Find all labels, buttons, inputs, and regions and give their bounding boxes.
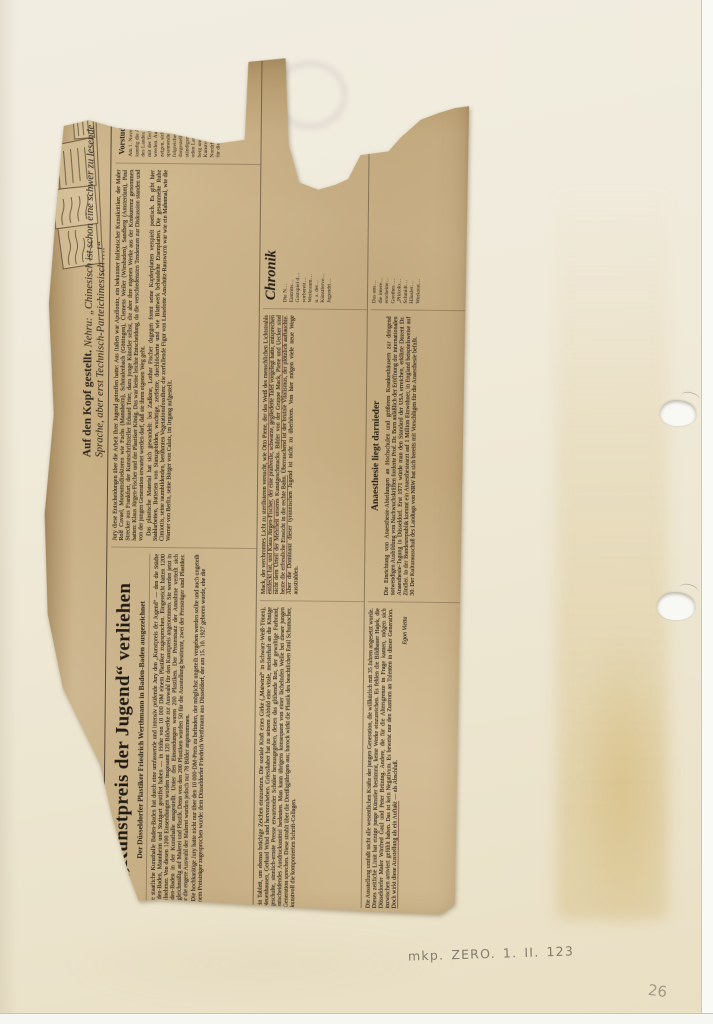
text-fragment-line: Werkstat… bbox=[415, 58, 424, 304]
paragraph: Jury diese Entscheidungen über die Arbei… bbox=[111, 170, 147, 541]
anaesthesie-headline: Anaesthesie liegt darnieder bbox=[370, 316, 384, 595]
paragraph: Die hochkarätige Jury hatte nicht nur üb… bbox=[190, 554, 207, 906]
cartoon-caption-title: Auf den Kopf gestellt. bbox=[81, 350, 94, 457]
article-body-col1: Die staatliche Kunsthalle Baden-Baden ha… bbox=[150, 554, 207, 907]
text-fragment-line: Jugendri… bbox=[326, 57, 335, 303]
article-subhead: Der Düsseldorfer Plastiker Friedrich Wer… bbox=[135, 554, 151, 906]
torn-column-fragments: Am 1. Nove…kundig die Au…des Landes N…mi… bbox=[127, 55, 222, 158]
paragraph: Das plastische Material hat sich gewande… bbox=[145, 170, 175, 541]
cartoon-caption: Auf den Kopf gestellt. Nehru: „Chinesisc… bbox=[82, 101, 109, 457]
review-column-1: ein Tablett, um ebenso brüchige Zeichen … bbox=[257, 607, 364, 908]
left-article-fragment: tierten Bemerkungen,ausgehender unterdie… bbox=[41, 591, 75, 905]
text-segment: — als Abschluß. bbox=[391, 760, 398, 801]
paragraph-with-pencil-underline: Die Ausstellung umfaßt nicht alle wesent… bbox=[365, 608, 401, 908]
review-column-2: Mack, der verchromtes Licht zu sterilisi… bbox=[260, 315, 367, 602]
chronik-section-heading: Chronik bbox=[263, 56, 283, 300]
paragraph-with-pencil-underlines: Mack, der verchromtes Licht zu sterilisi… bbox=[260, 315, 302, 594]
newspaper-clipping: tierten Bemerkungen,ausgehender unterdie… bbox=[40, 54, 469, 922]
text-fragment-line: Nordrhein-We… bbox=[209, 56, 216, 158]
text-fragment-line: für die … bbox=[215, 56, 222, 158]
scanner-background-bottom bbox=[0, 1013, 713, 1024]
punch-hole-bottom bbox=[657, 592, 695, 620]
clipping-top-strip: tierten Bemerkungen,ausgehender unterdie… bbox=[41, 54, 112, 906]
punch-hole-top bbox=[660, 400, 696, 426]
bottom-article-row: Die Ausstellung umfaßt nicht alle wesent… bbox=[361, 57, 470, 909]
scanner-background-right bbox=[701, 0, 713, 1024]
album-sheet: tierten Bemerkungen,ausgehender unterdie… bbox=[0, 0, 701, 1013]
paragraph: Die Einrichtung von Anaesthesie-Abteilun… bbox=[383, 316, 418, 595]
author-signature: Egon Vietta bbox=[399, 609, 409, 909]
article-column-2: Jury diese Entscheidungen über die Arbei… bbox=[111, 170, 260, 549]
vorstudien-heading-fragment: Vorstud bbox=[117, 55, 127, 155]
page-number: 26 bbox=[647, 981, 668, 1001]
discoloration-blob bbox=[572, 635, 672, 930]
soft-stain bbox=[70, 930, 450, 1000]
archive-scan: tierten Bemerkungen,ausgehender unterdie… bbox=[0, 0, 713, 1024]
review-end-column: Die Ausstellung umfaßt nicht alle wesent… bbox=[365, 608, 464, 909]
discoloration-stain bbox=[556, 185, 668, 920]
chronik-fragments: Die N…Eintritts…Gastspiel d…vorbereit…We… bbox=[282, 56, 335, 303]
archive-inscription: mkp. ZERO. 1. II. 123 bbox=[408, 943, 574, 963]
politics-article-fragment: gleich die Herstellung oder Verwendungat… bbox=[49, 58, 80, 62]
pencil-underlined-text: Doch wirkt diese Ausstellung als ein Auf… bbox=[390, 801, 399, 908]
article-headline: „Kunstpreis der Jugend“ verliehen bbox=[111, 554, 137, 906]
clipping-torn-shape: tierten Bemerkungen,ausgehender unterdie… bbox=[40, 54, 469, 922]
chronik-column: Chronik Die N…Eintritts…Gastspiel d…vorb… bbox=[263, 56, 370, 310]
article-column-3-torn: Vorstud Am 1. Nove…kundig die Au…des Lan… bbox=[115, 55, 261, 166]
article-column-1: „Kunstpreis der Jugend“ verliehen Der Dü… bbox=[108, 553, 257, 906]
anaesthesie-article: Anaesthesie liegt darnieder Die Einricht… bbox=[368, 316, 467, 603]
kunstpreis-article: „Kunstpreis der Jugend“ verliehen Der Dü… bbox=[103, 54, 262, 907]
paragraph: Die staatliche Kunsthalle Baden-Baden ha… bbox=[150, 554, 193, 906]
text-segment: Die Ausstellung umfaßt nicht alle wesent… bbox=[365, 608, 394, 908]
torn-bottom-fragments: Das uns…die intere…erscheine…Goethes …„P… bbox=[371, 57, 470, 311]
newsprint-page: tierten Bemerkungen,ausgehender unterdie… bbox=[40, 54, 469, 922]
paragraph: ein Tablett, um ebenso brüchige Zeichen … bbox=[257, 607, 299, 907]
review-continuation-row: ein Tablett, um ebenso brüchige Zeichen … bbox=[253, 56, 370, 908]
